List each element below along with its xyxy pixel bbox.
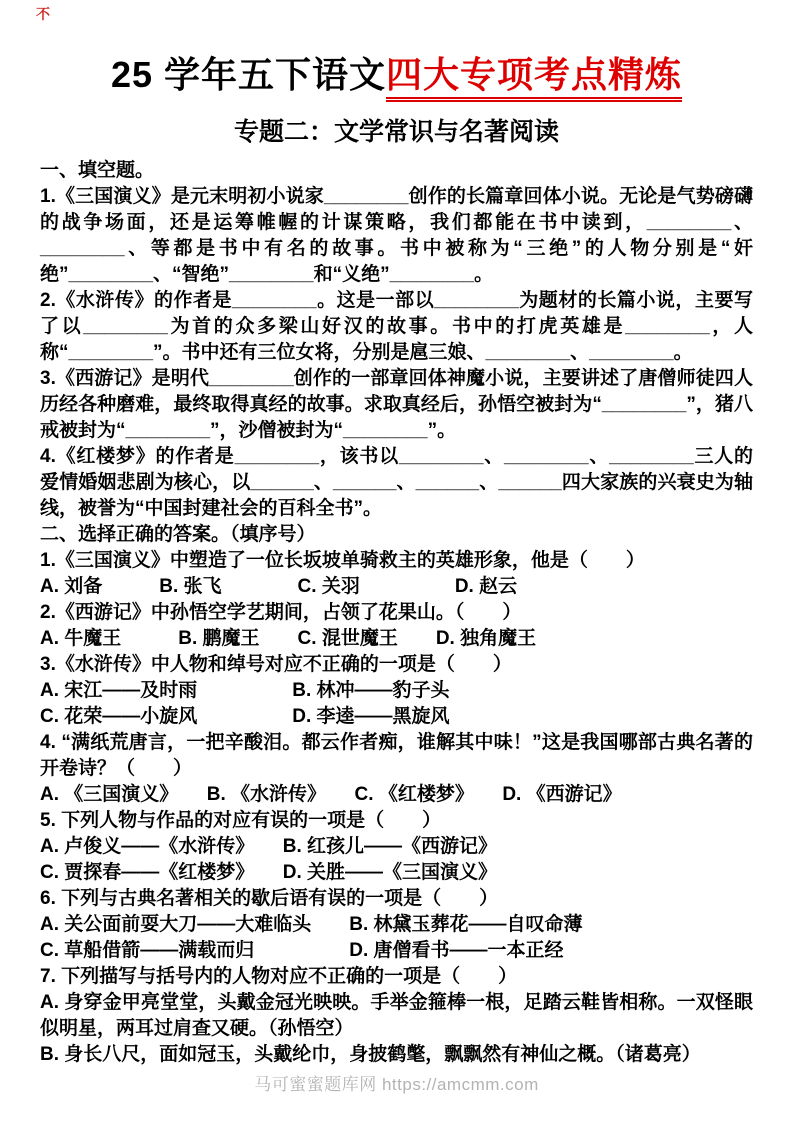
title-red-underlined-text: 四大专项考点精炼 bbox=[386, 55, 682, 102]
choice-question-2-options: A. 牛魔王 B. 鹏魔王 C. 混世魔王 D. 独角魔王 bbox=[40, 626, 753, 652]
choice-question-5-stem: 5. 下列人物与作品的对应有误的一项是（ ） bbox=[40, 808, 753, 834]
page-title: 25 学年五下语文四大专项考点精炼 bbox=[0, 0, 793, 102]
choice-question-3-options-ab: A. 宋江——及时雨 B. 林冲——豹子头 bbox=[40, 678, 753, 704]
choice-question-6-stem: 6. 下列与古典名著相关的歇后语有误的一项是（ ） bbox=[40, 886, 753, 912]
corner-mark: 不 bbox=[36, 4, 50, 24]
section-1-heading: 一、填空题。 bbox=[40, 158, 753, 184]
choice-question-1-options: A. 刘备 B. 张飞 C. 关羽 D. 赵云 bbox=[40, 574, 753, 600]
choice-question-7-option-a: A. 身穿金甲亮堂堂，头戴金冠光映映。手举金箍棒一根，足踏云鞋皆相称。一双怪眼似… bbox=[40, 990, 753, 1042]
worksheet-page: 不 25 学年五下语文四大专项考点精炼 专题二：文学常识与名著阅读 一、填空题。… bbox=[0, 0, 793, 1122]
choice-question-3-options-cd: C. 花荣——小旋风 D. 李逵——黑旋风 bbox=[40, 704, 753, 730]
footer-watermark: 马可蜜蜜题库网 https://amcmm.com bbox=[0, 1070, 793, 1095]
choice-question-4-stem: 4. “满纸荒唐言，一把辛酸泪。都云作者痴，谁解其中味！”这是我国哪部古典名著的… bbox=[40, 730, 753, 782]
worksheet-body: 一、填空题。 1.《三国演义》是元末明初小说家________创作的长篇章回体小… bbox=[40, 158, 753, 1068]
fill-blank-question-4: 4.《红楼梦》的作者是________，该书以________、________… bbox=[40, 444, 753, 522]
choice-question-3-stem: 3.《水浒传》中人物和绰号对应不正确的一项是（ ） bbox=[40, 652, 753, 678]
choice-question-6-options-ab: A. 关公面前耍大刀——大难临头 B. 林黛玉葬花——自叹命薄 bbox=[40, 912, 753, 938]
title-black-text: 25 学年五下语文 bbox=[111, 54, 386, 95]
choice-question-5-options-ab: A. 卢俊义——《水浒传》 B. 红孩儿——《西游记》 bbox=[40, 834, 753, 860]
choice-question-7-option-b: B. 身长八尺，面如冠玉，头戴纶巾，身披鹤氅，飘飘然有神仙之概。（诸葛亮） bbox=[40, 1042, 753, 1068]
choice-question-2-stem: 2.《西游记》中孙悟空学艺期间，占领了花果山。（ ） bbox=[40, 600, 753, 626]
fill-blank-question-1: 1.《三国演义》是元末明初小说家________创作的长篇章回体小说。无论是气势… bbox=[40, 184, 753, 288]
choice-question-7-stem: 7. 下列描写与括号内的人物对应不正确的一项是（ ） bbox=[40, 964, 753, 990]
choice-question-4-options: A. 《三国演义》 B. 《水浒传》 C. 《红楼梦》 D. 《西游记》 bbox=[40, 782, 753, 808]
choice-question-1-stem: 1.《三国演义》中塑造了一位长坂坡单骑救主的英雄形象，他是（ ） bbox=[40, 548, 753, 574]
choice-question-5-options-cd: C. 贾探春——《红楼梦》 D. 关胜——《三国演义》 bbox=[40, 860, 753, 886]
fill-blank-question-2: 2.《水浒传》的作者是________。这是一部以________为题材的长篇小… bbox=[40, 288, 753, 366]
section-2-heading: 二、选择正确的答案。（填序号） bbox=[40, 522, 753, 548]
choice-question-6-options-cd: C. 草船借箭——满载而归 D. 唐僧看书——一本正经 bbox=[40, 938, 753, 964]
page-subtitle: 专题二：文学常识与名著阅读 bbox=[0, 112, 793, 148]
fill-blank-question-3: 3.《西游记》是明代________创作的一部章回体神魔小说，主要讲述了唐僧师徒… bbox=[40, 366, 753, 444]
